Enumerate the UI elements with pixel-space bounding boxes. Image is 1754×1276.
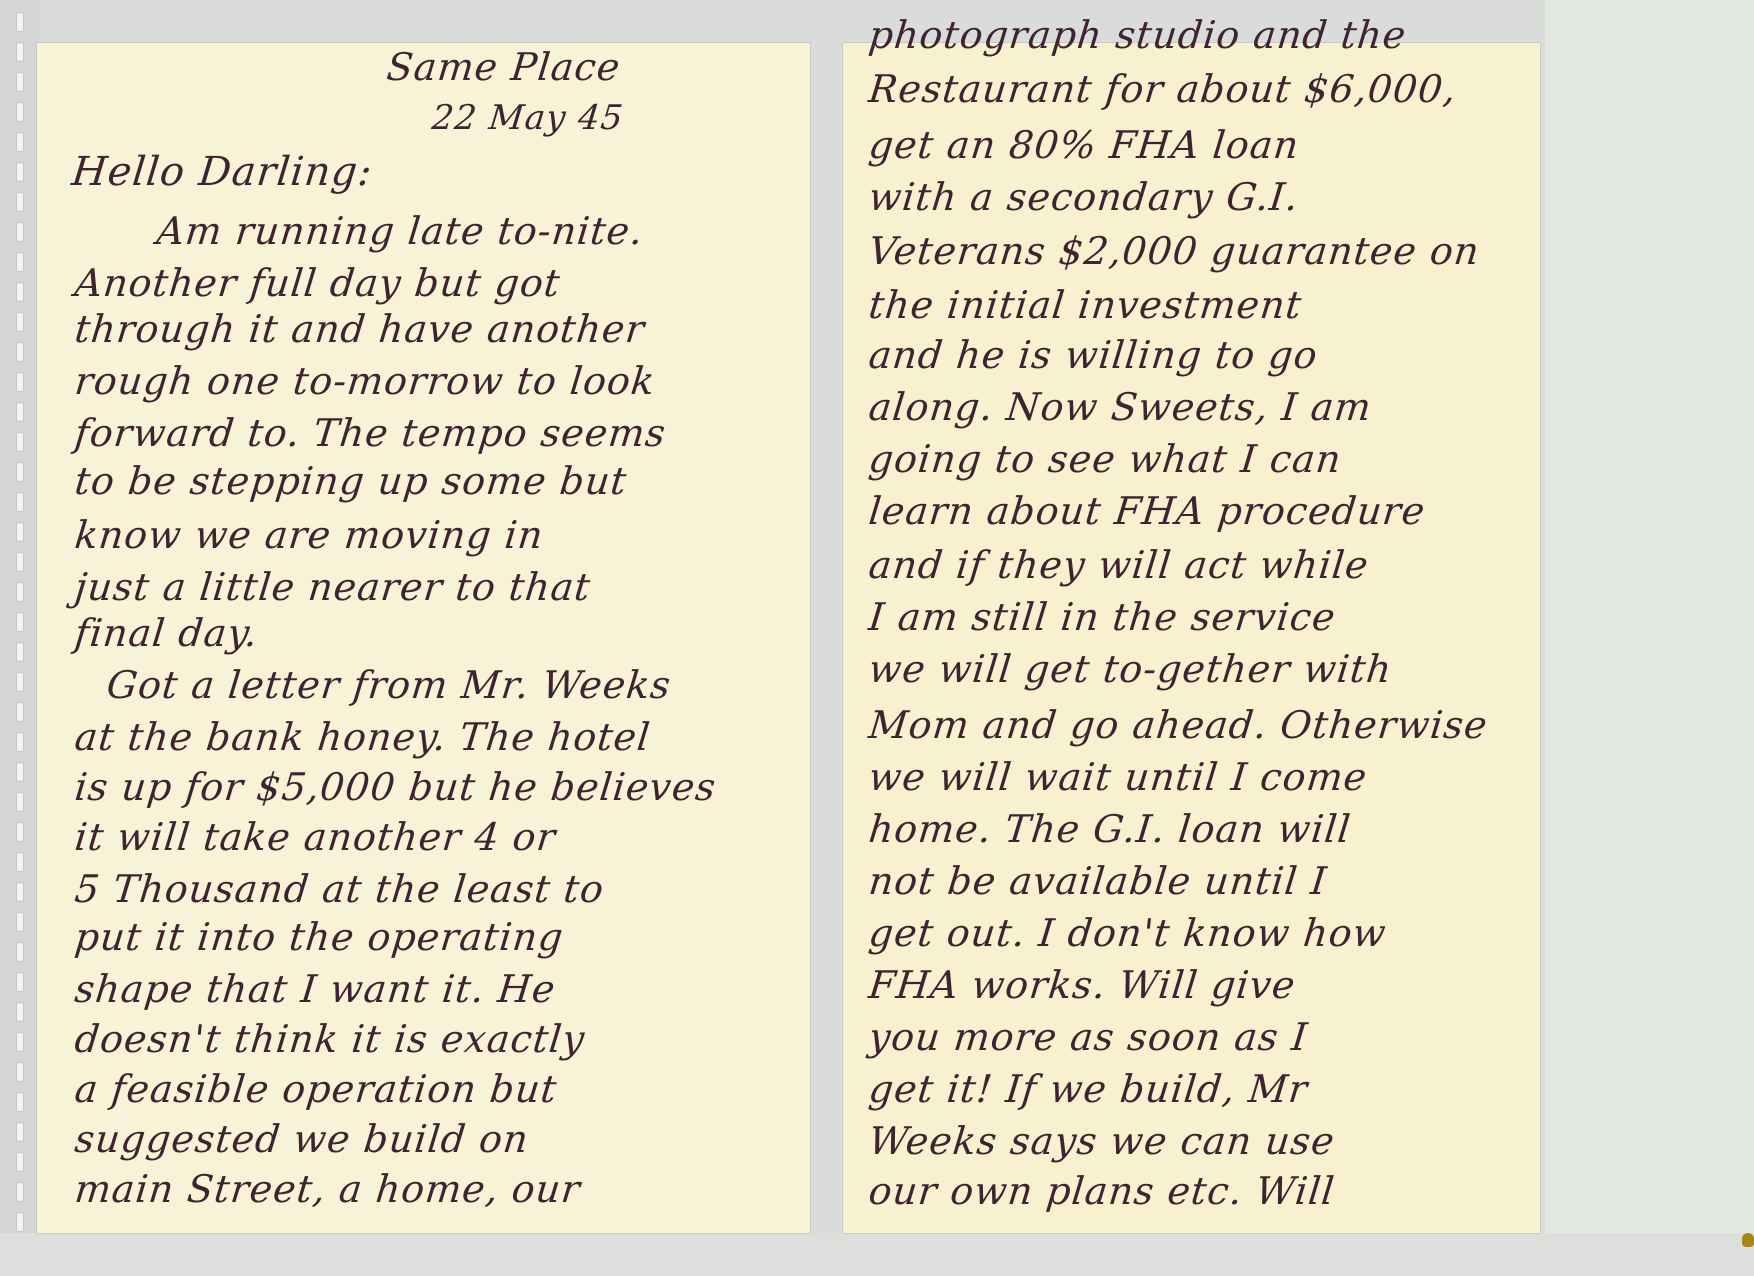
- letter-line: and if they will act while: [867, 543, 1371, 587]
- letter-line: Veterans $2,000 guarantee on: [867, 229, 1482, 273]
- binder-hole: [16, 672, 24, 692]
- letter-line: Weeks says we can use: [867, 1119, 1337, 1163]
- letter-line: 5 Thousand at the least to: [73, 867, 607, 911]
- letter-line: it will take another 4 or: [73, 815, 558, 859]
- letter-line: Restaurant for about $6,000,: [867, 67, 1459, 111]
- binder-strip: [0, 0, 40, 1276]
- binder-hole: [16, 1182, 24, 1202]
- binder-hole: [16, 162, 24, 182]
- binder-hole: [16, 1212, 24, 1232]
- binder-hole: [16, 72, 24, 92]
- letter-line: not be available until I: [867, 859, 1330, 903]
- binder-hole: [16, 312, 24, 332]
- binder-hole: [16, 852, 24, 872]
- letter-line: home. The G.I. loan will: [867, 807, 1354, 851]
- binder-hole: [16, 702, 24, 722]
- letter-line: going to see what I can: [867, 437, 1344, 481]
- binder-hole: [16, 252, 24, 272]
- letter-line: know we are moving in: [73, 513, 546, 557]
- letter-line: Am running late to-nite.: [155, 209, 646, 253]
- binder-hole: [16, 42, 24, 62]
- binder-hole: [16, 1152, 24, 1172]
- binder-hole: [16, 1092, 24, 1112]
- binder-hole: [16, 102, 24, 122]
- binder-hole: [16, 282, 24, 302]
- scanner-bed-bottom: [0, 1233, 1754, 1276]
- letter-date: 22 May 45: [430, 98, 626, 138]
- letter-line: learn about FHA procedure: [867, 489, 1428, 533]
- letter-line: a feasible operation but: [73, 1067, 560, 1111]
- binder-hole: [16, 942, 24, 962]
- binder-hole: [16, 492, 24, 512]
- binder-hole: [16, 912, 24, 932]
- binder-hole: [16, 402, 24, 422]
- letter-line: Another full day but got: [73, 261, 563, 305]
- letter-line: photograph studio and the: [867, 13, 1409, 57]
- binder-hole: [16, 612, 24, 632]
- binder-hole: [16, 462, 24, 482]
- letter-line: doesn't think it is exactly: [73, 1017, 588, 1061]
- binder-hole: [16, 972, 24, 992]
- binder-hole: [16, 342, 24, 362]
- scanner-bed-edge: [1545, 0, 1754, 1276]
- binder-hole: [16, 582, 24, 602]
- letter-line: the initial investment: [867, 283, 1305, 327]
- letter-line: I am still in the service: [867, 595, 1338, 639]
- letter-line: through it and have another: [73, 307, 647, 351]
- binder-hole: [16, 642, 24, 662]
- letter-place: Same Place: [385, 45, 623, 89]
- letter-line: you more as soon as I: [867, 1015, 1310, 1059]
- binder-hole: [16, 522, 24, 542]
- letter-line: rough one to-morrow to look: [73, 359, 658, 403]
- letter-line: get out. I don't know how: [867, 911, 1389, 955]
- letter-line: is up for $5,000 but he believes: [73, 765, 719, 809]
- letter-line: along. Now Sweets, I am: [867, 385, 1374, 429]
- letter-line: suggested we build on: [73, 1117, 531, 1161]
- letter-line: get it! If we build, Mr: [867, 1067, 1310, 1111]
- binder-hole: [16, 882, 24, 902]
- binder-hole: [16, 822, 24, 842]
- binder-hole: [16, 12, 24, 32]
- letter-line: put it into the operating: [73, 915, 566, 959]
- letter-page-left: Same Place 22 May 45 Hello Darling: Am r…: [37, 43, 810, 1233]
- binder-hole: [16, 792, 24, 812]
- letter-line: with a secondary G.I.: [867, 175, 1301, 219]
- letter-line: just a little nearer to that: [73, 565, 593, 609]
- letter-line: forward to. The tempo seems: [73, 411, 669, 455]
- letter-line: Got a letter from Mr. Weeks: [105, 663, 674, 707]
- binder-hole: [16, 732, 24, 752]
- letter-page-right: photograph studio and theRestaurant for …: [843, 43, 1540, 1233]
- binder-hole: [16, 372, 24, 392]
- letter-line: get an 80% FHA loan: [867, 123, 1302, 167]
- binder-hole: [16, 1002, 24, 1022]
- binder-hole: [16, 1062, 24, 1082]
- binder-hole: [16, 552, 24, 572]
- letter-line: to be stepping up some but: [73, 459, 630, 503]
- letter-line: our own plans etc. Will: [867, 1169, 1337, 1213]
- ink-stain: [1742, 1233, 1754, 1247]
- letter-line: and he is willing to go: [867, 333, 1320, 377]
- letter-salutation: Hello Darling:: [70, 149, 375, 195]
- letter-line: we will wait until I come: [867, 755, 1370, 799]
- binder-hole: [16, 1122, 24, 1142]
- letter-line: at the bank honey. The hotel: [73, 715, 653, 759]
- letter-line: shape that I want it. He: [73, 967, 558, 1011]
- letter-line: Mom and go ahead. Otherwise: [867, 703, 1490, 747]
- binder-hole: [16, 1032, 24, 1052]
- letter-line: main Street, a home, our: [73, 1167, 583, 1211]
- letter-line: FHA works. Will give: [867, 963, 1298, 1007]
- binder-hole: [16, 192, 24, 212]
- binder-hole: [16, 132, 24, 152]
- binder-hole: [16, 762, 24, 782]
- letter-line: we will get to-gether with: [867, 647, 1395, 691]
- binder-hole: [16, 222, 24, 242]
- letter-line: final day.: [73, 611, 261, 655]
- binder-hole: [16, 432, 24, 452]
